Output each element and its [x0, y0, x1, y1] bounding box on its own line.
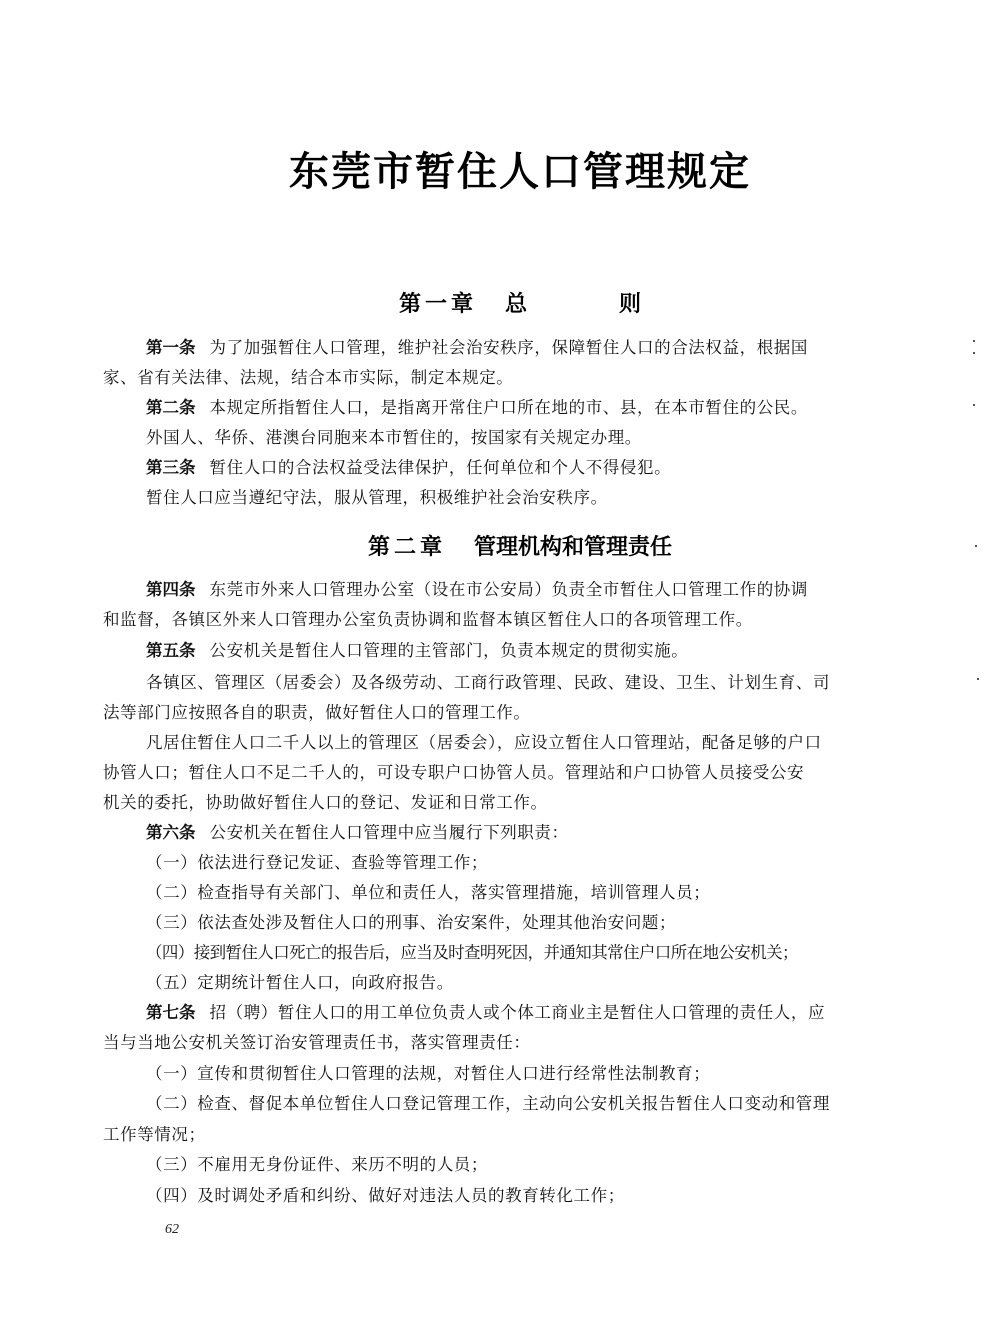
scan-artifact — [973, 340, 975, 342]
article-label: 第七条 — [146, 1003, 196, 1022]
chapter-name: 管理机构和管理责任 — [474, 535, 672, 560]
paragraph-line: 工作等情况； — [103, 1125, 206, 1145]
scan-artifact — [977, 678, 979, 680]
chapter-heading-1: 第一章总则 — [0, 287, 1000, 318]
paragraph-line: 第一条为了加强暂住人口管理，维护社会治安秩序，保障暂住人口的合法权益，根据国 — [146, 338, 808, 358]
list-item: （三）依法查处涉及暂住人口的刑事、治安案件，处理其他治安问题； — [146, 913, 676, 933]
document-page: 东莞市暂住人口管理规定 第一章总则 第一条为了加强暂住人口管理，维护社会治安秩序… — [0, 0, 1000, 1322]
list-item: （一）宣传和贯彻暂住人口管理的法规，对暂住人口进行经常性法制教育； — [146, 1064, 710, 1084]
paragraph-line: 第四条东莞市外来人口管理办公室（设在市公安局）负责全市暂住人口管理工作的协调 — [146, 580, 808, 600]
paragraph-line: 各镇区、管理区（居委会）及各级劳动、工商行政管理、民政、建设、卫生、计划生育、司 — [146, 673, 830, 693]
scan-artifact — [975, 545, 977, 547]
document-title: 东莞市暂住人口管理规定 — [0, 140, 1000, 197]
list-item: （四）接到暂住人口死亡的报告后，应当及时查明死因，并通知其常住户口所在地公安机关… — [146, 943, 798, 963]
paragraph-line: 协管人口；暂住人口不足二千人的，可设专职户口协管人员。管理站和户口协管人员接受公… — [103, 763, 804, 783]
chapter-number: 第一章 — [399, 292, 477, 317]
article-label: 第六条 — [146, 823, 196, 842]
article-label: 第三条 — [146, 458, 196, 477]
paragraph-line: 家、省有关法律、法规，结合本市实际，制定本规定。 — [103, 368, 513, 388]
paragraph-line: 机关的委托，协助做好暂住人口的登记、发证和日常工作。 — [103, 793, 548, 813]
article-label: 第二条 — [146, 398, 196, 417]
list-item: （四）及时调处矛盾和纠纷、做好对违法人员的教育转化工作； — [146, 1186, 625, 1206]
chapter-number: 第二章 — [368, 535, 446, 560]
paragraph-line: 第五条公安机关是暂住人口管理的主管部门，负责本规定的贯彻实施。 — [146, 641, 688, 661]
article-label: 第一条 — [146, 338, 196, 357]
list-item: （五）定期统计暂住人口，向政府报告。 — [146, 973, 454, 993]
chapter-name-part2: 则 — [619, 292, 641, 317]
page-number: 62 — [165, 1222, 179, 1238]
list-item: （二）检查指导有关部门、单位和责任人，落实管理措施，培训管理人员； — [146, 883, 710, 903]
paragraph-line: 第三条暂住人口的合法权益受法律保护，任何单位和个人不得侵犯。 — [146, 458, 671, 478]
paragraph-line: 第六条公安机关在暂住人口管理中应当履行下列职责： — [146, 823, 569, 843]
list-item: （二）检查、督促本单位暂住人口登记管理工作，主动向公安机关报告暂住人口变动和管理 — [146, 1094, 830, 1114]
paragraph-line: 凡居住暂住人口二千人以上的管理区（居委会），应设立暂住人口管理站，配备足够的户口 — [146, 733, 822, 753]
paragraph-line: 暂住人口应当遵纪守法，服从管理，积极维护社会治安秩序。 — [146, 488, 608, 508]
paragraph-line: 第七条招（聘）暂住人口的用工单位负责人或个体工商业主是暂住人口管理的责任人，应 — [146, 1003, 825, 1023]
chapter-heading-2: 第二章管理机构和管理责任 — [0, 530, 1000, 561]
list-item: （三）不雇用无身份证件、来历不明的人员； — [146, 1155, 488, 1175]
paragraph-line: 外国人、华侨、港澳台同胞来本市暂住的，按国家有关规定办理。 — [146, 428, 642, 448]
list-item: （一）依法进行登记发证、查验等管理工作； — [146, 853, 488, 873]
paragraph-line: 当与当地公安机关签订治安管理责任书，落实管理责任： — [103, 1033, 531, 1053]
chapter-name-part1: 总 — [505, 292, 527, 317]
paragraph-line: 第二条本规定所指暂住人口，是指离开常住户口所在地的市、县，在本市暂住的公民。 — [146, 398, 808, 418]
paragraph-line: 法等部门应按照各自的职责，做好暂住人口的管理工作。 — [103, 703, 531, 723]
article-label: 第四条 — [146, 580, 196, 599]
scan-artifact — [973, 404, 975, 406]
article-label: 第五条 — [146, 641, 196, 660]
paragraph-line: 和监督，各镇区外来人口管理办公室负责协调和监督本镇区暂住人口的各项管理工作。 — [103, 610, 753, 630]
scan-artifact — [973, 352, 975, 354]
